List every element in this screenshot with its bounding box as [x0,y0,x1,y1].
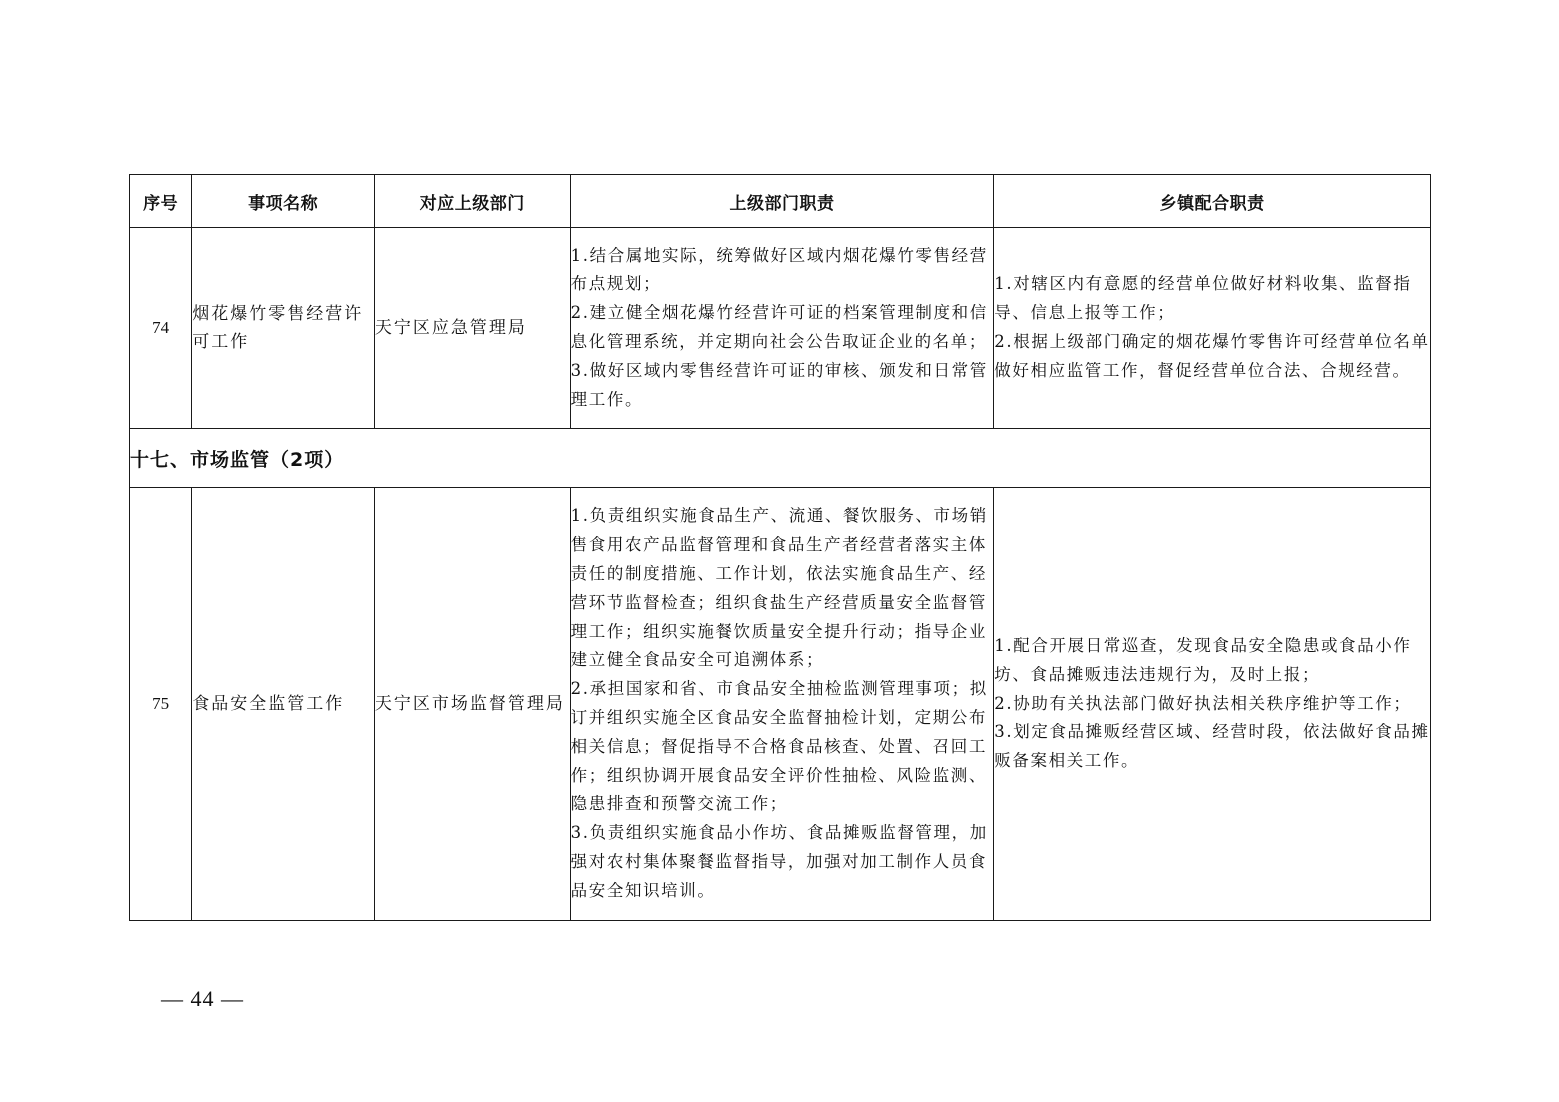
row-serial-number: 75 [130,488,192,921]
header-superior-department: 对应上级部门 [374,175,570,228]
row-township-duties: 1.对辖区内有意愿的经营单位做好材料收集、监督指导、信息上报等工作； 2.根据上… [994,228,1431,429]
duty-item: 2.承担国家和省、市食品安全抽检监测管理事项；拟订并组织实施全区食品安全监督抽检… [571,675,994,819]
duty-item: 1.对辖区内有意愿的经营单位做好材料收集、监督指导、信息上报等工作； [994,270,1430,328]
row-serial-number: 74 [130,228,192,429]
duty-item: 1.负责组织实施食品生产、流通、餐饮服务、市场销售食用农产品监督管理和食品生产者… [571,502,994,675]
header-superior-duties: 上级部门职责 [570,175,994,228]
row-department: 天宁区应急管理局 [374,228,570,429]
duty-item: 3.划定食品摊贩经营区域、经营时段，依法做好食品摊贩备案相关工作。 [994,718,1430,776]
row-item-name: 烟花爆竹零售经营许可工作 [192,228,375,429]
duty-item: 2.建立健全烟花爆竹经营许可证的档案管理制度和信息化管理系统，并定期向社会公告取… [571,299,994,357]
table-header-row: 序号 事项名称 对应上级部门 上级部门职责 乡镇配合职责 [130,175,1431,228]
header-serial-number: 序号 [130,175,192,228]
page-number: — 44 — [161,986,244,1012]
row-township-duties: 1.配合开展日常巡查，发现食品安全隐患或食品小作坊、食品摊贩违法违规行为，及时上… [994,488,1431,921]
duty-item: 1.结合属地实际，统筹做好区域内烟花爆竹零售经营布点规划； [571,242,994,300]
duty-item: 2.根据上级部门确定的烟花爆竹零售许可经营单位名单做好相应监管工作，督促经营单位… [994,328,1430,386]
section-row: 十七、市场监管（2项） [130,429,1431,488]
duty-item: 2.协助有关执法部门做好执法相关秩序维护等工作； [994,690,1430,719]
section-title: 十七、市场监管（2项） [130,429,1431,488]
table-row: 75 食品安全监管工作 天宁区市场监督管理局 1.负责组织实施食品生产、流通、餐… [130,488,1431,921]
duty-item: 3.负责组织实施食品小作坊、食品摊贩监督管理，加强对农村集体聚餐监督指导，加强对… [571,819,994,905]
duty-item: 1.配合开展日常巡查，发现食品安全隐患或食品小作坊、食品摊贩违法违规行为，及时上… [994,632,1430,690]
header-township-duties: 乡镇配合职责 [994,175,1431,228]
header-item-name: 事项名称 [192,175,375,228]
row-superior-duties: 1.负责组织实施食品生产、流通、餐饮服务、市场销售食用农产品监督管理和食品生产者… [570,488,994,921]
table-row: 74 烟花爆竹零售经营许可工作 天宁区应急管理局 1.结合属地实际，统筹做好区域… [130,228,1431,429]
row-superior-duties: 1.结合属地实际，统筹做好区域内烟花爆竹零售经营布点规划； 2.建立健全烟花爆竹… [570,228,994,429]
responsibility-table: 序号 事项名称 对应上级部门 上级部门职责 乡镇配合职责 74 烟花爆竹零售经营… [129,174,1431,921]
row-department: 天宁区市场监督管理局 [374,488,570,921]
row-item-name: 食品安全监管工作 [192,488,375,921]
duty-item: 3.做好区域内零售经营许可证的审核、颁发和日常管理工作。 [571,357,994,415]
